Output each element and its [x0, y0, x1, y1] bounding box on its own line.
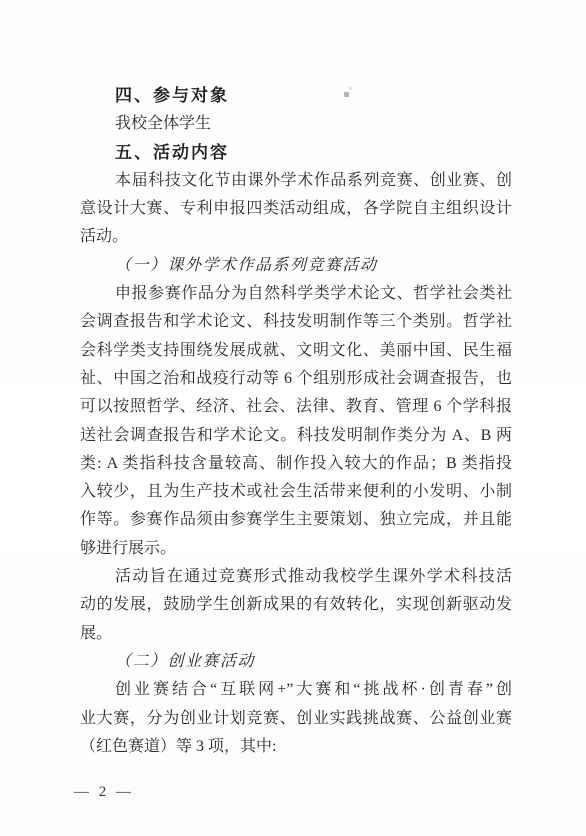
entrepreneurship-paragraph-line: （红色赛道）等 3 项，其中: [80, 733, 512, 761]
text-block: 四、参与对象 我校全体学生 五、活动内容 本届科技文化节由课外学术作品系列竞赛、… [80, 82, 512, 761]
intro-paragraph-line: 意设计大赛、专利申报四类活动组成，各学院自主组织设计 [80, 195, 512, 223]
academic-paragraph-line: 够进行展示。 [80, 535, 512, 563]
heading-section-4-participants: 四、参与对象 [80, 82, 512, 110]
academic-paragraph-line: 祉、中国之治和战疫行动等 6 个组别形成社会调查报告，也 [80, 365, 512, 393]
purpose-paragraph-line: 动的发展，鼓励学生创新成果的有效转化，实现创新驱动发 [80, 591, 512, 619]
academic-paragraph-line: 类: A 类指科技含量较高、制作投入较大的作品；B 类指投 [80, 450, 512, 478]
academic-paragraph-line: 可以按照哲学、经济、社会、法律、教育、管理 6 个学科报 [80, 393, 512, 421]
academic-paragraph-line: 送社会调查报告和学术论文。科技发明制作类分为 A、B 两 [80, 422, 512, 450]
participants-text: 我校全体学生 [80, 110, 512, 138]
entrepreneurship-paragraph-line: 业大赛，分为创业计划竞赛、创业实践挑战赛、公益创业赛 [80, 705, 512, 733]
intro-paragraph-line: 本届科技文化节由课外学术作品系列竞赛、创业赛、创 [80, 167, 512, 195]
heading-section-5-activities: 五、活动内容 [80, 139, 512, 167]
academic-paragraph-line: 入较少，且为生产技术或社会生活带来便利的小发明、小制 [80, 478, 512, 506]
subheading-academic-works-competition: （一）课外学术作品系列竞赛活动 [80, 252, 512, 280]
page-number: — 2 — [74, 784, 134, 801]
purpose-paragraph-line: 展。 [80, 620, 512, 648]
academic-paragraph-line: 会调查报告和学术论文、科技发明制作等三个类别。哲学社 [80, 308, 512, 336]
academic-paragraph-line: 申报参赛作品分为自然科学类学术论文、哲学社会类社 [80, 280, 512, 308]
academic-paragraph-line: 作等。参赛作品须由参赛学生主要策划、独立完成，并且能 [80, 506, 512, 534]
intro-paragraph-line: 活动。 [80, 223, 512, 251]
academic-paragraph-line: 会科学类支持围绕发展成就、文明文化、美丽中国、民生福 [80, 337, 512, 365]
purpose-paragraph-line: 活动旨在通过竞赛形式推动我校学生课外学术科技活 [80, 563, 512, 591]
entrepreneurship-paragraph-line: 创业赛结合“互联网+”大赛和“挑战杯·创青春”创 [80, 676, 512, 704]
document-page: 四、参与对象 我校全体学生 五、活动内容 本届科技文化节由课外学术作品系列竞赛、… [0, 0, 586, 836]
subheading-entrepreneurship-competition: （二）创业赛活动 [80, 648, 512, 676]
